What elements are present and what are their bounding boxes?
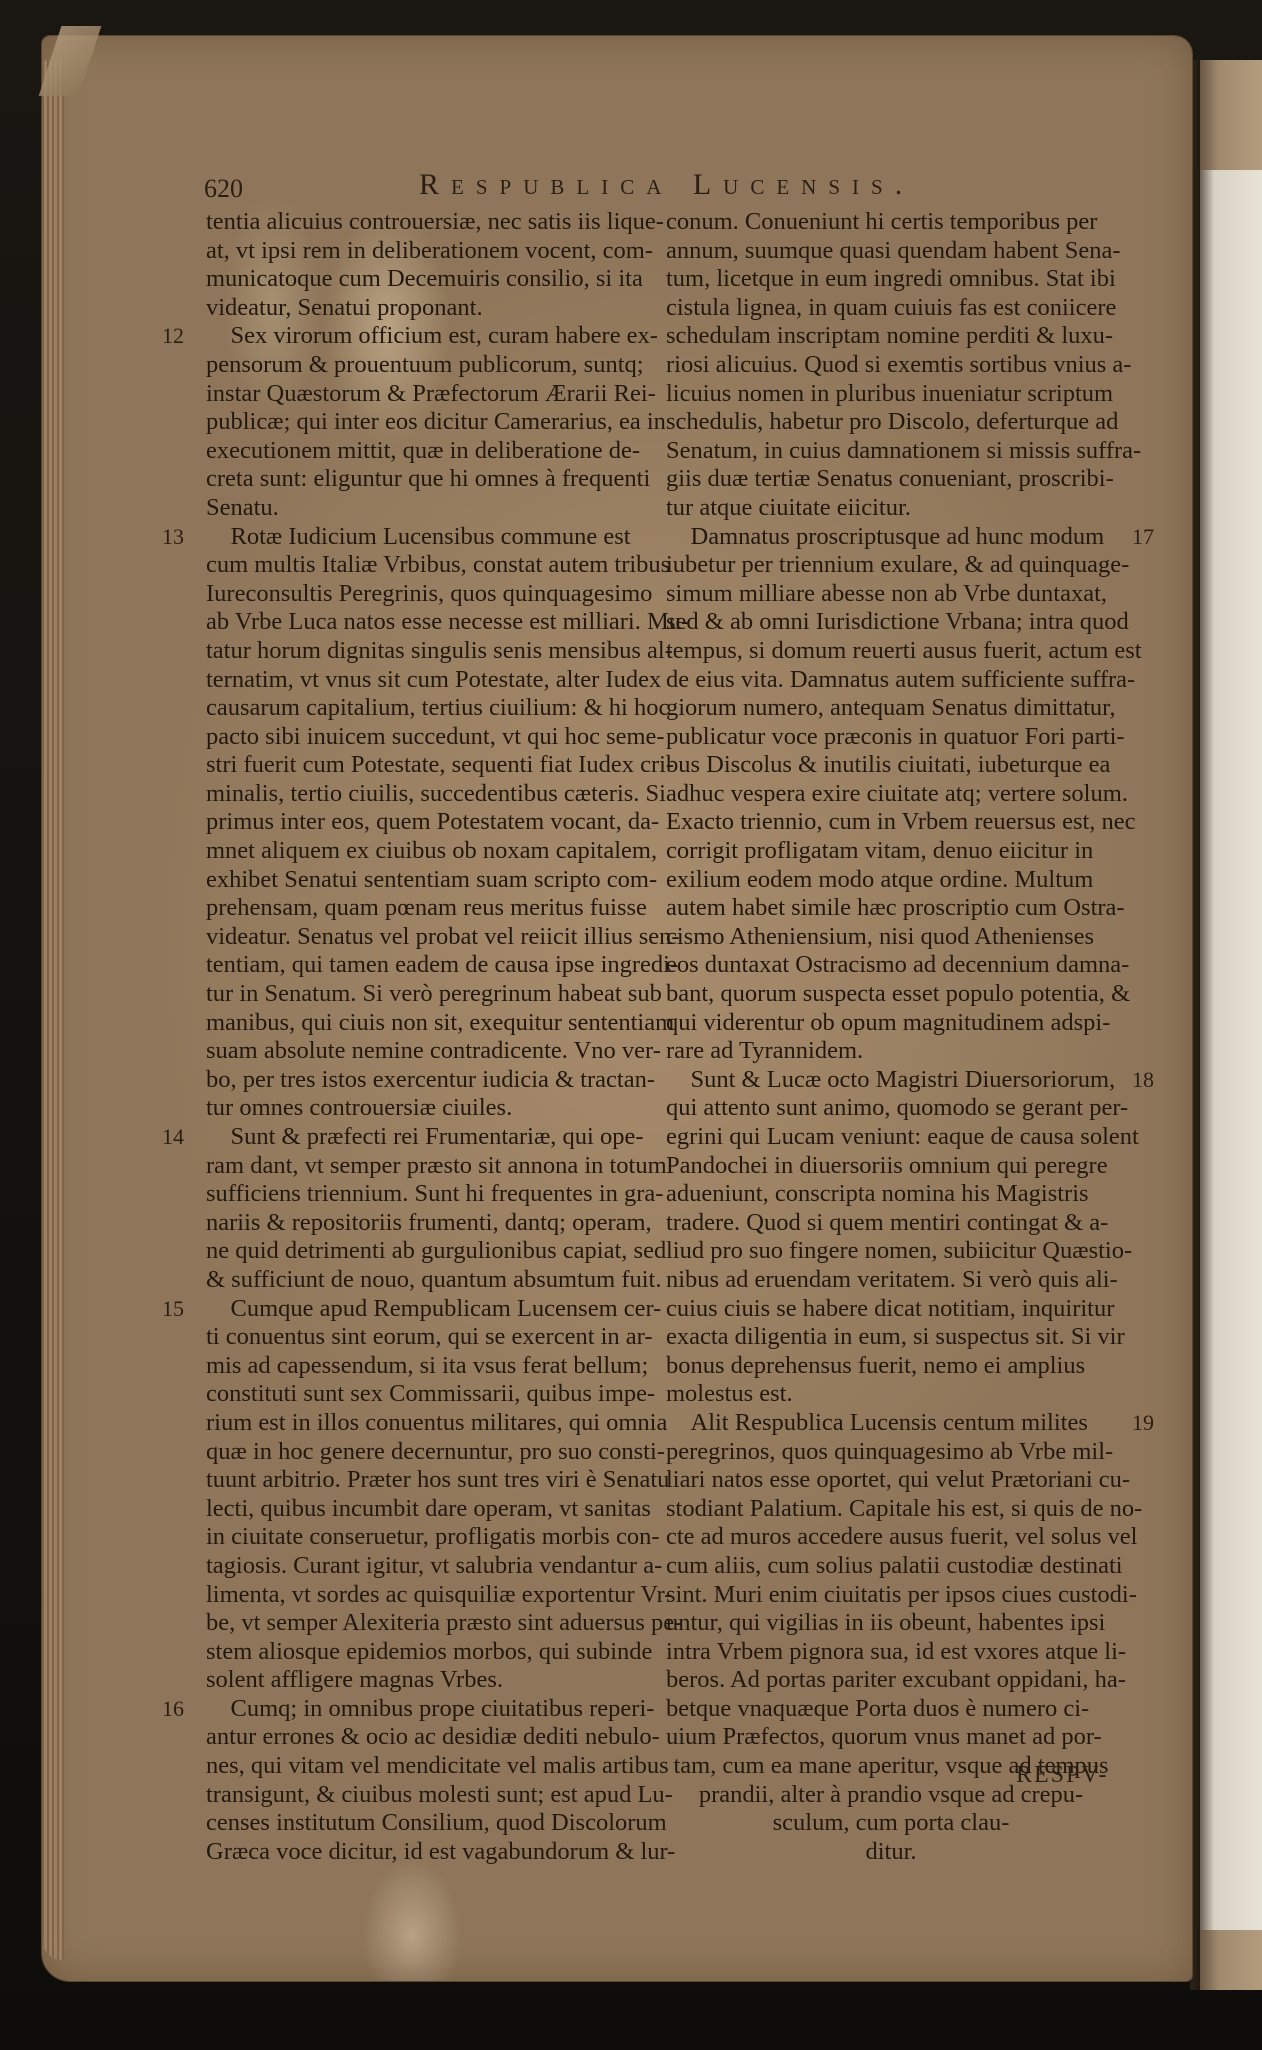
- text-line: de eius vita. Damnatus autem sufficiente…: [666, 666, 1116, 695]
- text-line: Rotæ Iudicium Lucensibus commune est: [206, 523, 666, 552]
- text-line: sed & ab omni Iurisdictione Vrbana; intr…: [666, 608, 1116, 637]
- right-column: conum. Conueniunt hi certis temporibus p…: [666, 208, 1116, 1866]
- text-line: giis duæ tertiæ Senatus conueniant, pros…: [666, 465, 1116, 494]
- text-line: tentia alicuius controuersiæ, nec satis …: [206, 208, 666, 237]
- text-line: primus inter eos, quem Potestatem vocant…: [206, 808, 666, 837]
- text-line: cuius ciuis se habere dicat notitiam, in…: [666, 1295, 1116, 1324]
- text-line: licuius nomen in pluribus inueniatur scr…: [666, 380, 1116, 409]
- text-line: tradere. Quod si quem mentiri contingat …: [666, 1209, 1116, 1238]
- text-line: mnet aliquem ex ciuibus ob noxam capital…: [206, 837, 666, 866]
- text-line: suam absolute nemine contradicente. Vno …: [206, 1037, 666, 1066]
- text-line: limenta, vt sordes ac quisquiliæ exporte…: [206, 1581, 666, 1610]
- text-line: publicæ; qui inter eos dicitur Camerariu…: [206, 408, 666, 437]
- text-line: liud pro suo fingere nomen, subiicitur Q…: [666, 1237, 1116, 1266]
- text-line: ternatim, vt vnus sit cum Potestate, alt…: [206, 666, 666, 695]
- text-line: beros. Ad portas pariter excubant oppida…: [666, 1666, 1116, 1695]
- page-edges: [42, 60, 64, 1960]
- facing-page-edge: [1190, 60, 1262, 1990]
- text-line: antur errones & ocio ac desidiæ dediti n…: [206, 1723, 666, 1752]
- text-line: Pandochei in diuersoriis omnium qui pere…: [666, 1152, 1116, 1181]
- text-line: cistula lignea, in quam cuiuis fas est c…: [666, 294, 1116, 323]
- text-line: nibus ad eruendam veritatem. Si verò qui…: [666, 1266, 1116, 1295]
- text-line: exhibet Senatui sententiam suam scripto …: [206, 866, 666, 895]
- text-line: tur in Senatum. Si verò peregrinum habea…: [206, 980, 666, 1009]
- marginal-number: 17: [1132, 523, 1154, 552]
- text-line: bant, quorum suspecta esset populo poten…: [666, 980, 1116, 1009]
- text-line: iubetur per triennium exulare, & ad quin…: [666, 551, 1116, 580]
- text-line: ti conuentus sint eorum, qui se exercent…: [206, 1323, 666, 1352]
- text-line: bus Discolus & inutilis ciuitati, iubetu…: [666, 751, 1116, 780]
- text-line: sufficiens triennium. Sunt hi frequentes…: [206, 1180, 666, 1209]
- text-line: tentiam, qui tamen eadem de causa ipse i…: [206, 951, 666, 980]
- text-line: executionem mittit, quæ in deliberatione…: [206, 437, 666, 466]
- text-line: municatoque cum Decemuiris consilio, si …: [206, 265, 666, 294]
- text-line: untur, qui vigilias in iis obeunt, haben…: [666, 1609, 1116, 1638]
- text-line: Cumque apud Rempublicam Lucensem cer-: [206, 1295, 666, 1324]
- text-line: Sunt & Lucæ octo Magistri Diuersoriorum,: [666, 1066, 1116, 1095]
- text-line: publicatur voce præconis in quatuor Fori…: [666, 723, 1116, 752]
- text-line: ab Vrbe Luca natos esse necesse est mill…: [206, 608, 666, 637]
- text-line: Senatu.: [206, 494, 666, 523]
- text-line: creta sunt: eliguntur que hi omnes à fre…: [206, 465, 666, 494]
- text-line: schedulis, habetur pro Discolo, defertur…: [666, 408, 1116, 437]
- text-line: tempus, si domum reuerti ausus fuerit, a…: [666, 637, 1116, 666]
- text-line: Alit Respublica Lucensis centum milites: [666, 1409, 1116, 1438]
- marginal-number: 18: [1132, 1066, 1154, 1095]
- text-line: stodiant Palatium. Capitale his est, si …: [666, 1495, 1116, 1524]
- paragraph: tentia alicuius controuersiæ, nec satis …: [206, 208, 666, 322]
- text-line: cum multis Italiæ Vrbibus, constat autem…: [206, 551, 666, 580]
- blank-leaf: [1198, 170, 1262, 1930]
- text-line: egrini qui Lucam veniunt: eaque de causa…: [666, 1123, 1116, 1152]
- text-line: tagiosis. Curant igitur, vt salubria ven…: [206, 1552, 666, 1581]
- text-line: autem habet simile hæc proscriptio cum O…: [666, 894, 1116, 923]
- text-line: tum, licetque in eum ingredi omnibus. St…: [666, 265, 1116, 294]
- text-line: ne quid detrimenti ab gurgulionibus capi…: [206, 1237, 666, 1266]
- text-line: uium Præfectos, quorum vnus manet ad por…: [666, 1723, 1116, 1752]
- text-line: videatur, Senatui proponant.: [206, 294, 666, 323]
- text-line: Sunt & præfecti rei Frumentariæ, qui ope…: [206, 1123, 666, 1152]
- text-line: Sex virorum officium est, curam habere e…: [206, 322, 666, 351]
- marginal-number: 15: [162, 1295, 184, 1324]
- text-line: tur atque ciuitate eiicitur.: [666, 494, 1116, 523]
- text-line: rare ad Tyrannidem.: [666, 1037, 1116, 1066]
- text-line: pacto sibi inuicem succedunt, vt qui hoc…: [206, 723, 666, 752]
- paragraph: 19 Alit Respublica Lucensis centum milit…: [666, 1409, 1116, 1724]
- text-line: videatur. Senatus vel probat vel reiicit…: [206, 923, 666, 952]
- text-line: constituti sunt sex Commissarii, quibus …: [206, 1380, 666, 1409]
- page-header: 620 Respublica Lucensis.: [204, 168, 1064, 208]
- paragraph: 13 Rotæ Iudicium Lucensibus commune estc…: [206, 523, 666, 1123]
- paragraph: 15 Cumque apud Rempublicam Lucensem cer-…: [206, 1295, 666, 1695]
- text-line: solent affligere magnas Vrbes.: [206, 1666, 666, 1695]
- text-line: riosi alicuius. Quod si exemtis sortibus…: [666, 351, 1116, 380]
- text-line: Cumq; in omnibus prope ciuitatibus reper…: [206, 1695, 666, 1724]
- text-line: tuunt arbitrio. Præter hos sunt tres vir…: [206, 1466, 666, 1495]
- text-line: nes, qui vitam vel mendicitate vel malis…: [206, 1752, 666, 1781]
- text-line: adueniunt, conscripta nomina his Magistr…: [666, 1180, 1116, 1209]
- text-line: bonus deprehensus fuerit, nemo ei ampliu…: [666, 1352, 1116, 1381]
- left-column: tentia alicuius controuersiæ, nec satis …: [206, 208, 666, 1866]
- text-line: censes institutum Consilium, quod Discol…: [206, 1809, 666, 1838]
- text-line: peregrinos, quos quinquagesimo ab Vrbe m…: [666, 1438, 1116, 1467]
- text-line: & sufficiunt de nouo, quantum absumtum f…: [206, 1266, 666, 1295]
- text-line: tatur horum dignitas singulis senis mens…: [206, 637, 666, 666]
- text-line: causarum capitalium, tertius ciuilium: &…: [206, 694, 666, 723]
- text-line: qui attento sunt animo, quomodo se geran…: [666, 1094, 1116, 1123]
- text-line: sint. Muri enim ciuitatis per ipsos ciue…: [666, 1581, 1116, 1610]
- text-line: tur omnes controuersiæ ciuiles.: [206, 1094, 666, 1123]
- running-title: Respublica Lucensis.: [419, 168, 914, 202]
- text-line: molestus est.: [666, 1380, 1116, 1409]
- text-line: exilium eodem modo atque ordine. Multum: [666, 866, 1116, 895]
- text-line: stri fuerit cum Potestate, sequenti fiat…: [206, 751, 666, 780]
- text-line: ram dant, vt semper præsto sit annona in…: [206, 1152, 666, 1181]
- text-line: giorum numero, antequam Senatus dimittat…: [666, 694, 1116, 723]
- text-line: Græca voce dicitur, id est vagabundorum …: [206, 1838, 666, 1867]
- text-line: transigunt, & ciuibus molesti sunt; est …: [206, 1781, 666, 1810]
- text-line: Iureconsultis Peregrinis, quos quinquage…: [206, 580, 666, 609]
- marginal-number: 14: [162, 1123, 184, 1152]
- text-line: minalis, tertio ciuilis, succedentibus c…: [206, 780, 666, 809]
- text-line: nariis & repositoriis frumenti, dantq; o…: [206, 1209, 666, 1238]
- text-line: schedulam inscriptam nomine perditi & lu…: [666, 322, 1116, 351]
- paragraph: 14 Sunt & præfecti rei Frumentariæ, qui …: [206, 1123, 666, 1295]
- text-line: at, vt ipsi rem in deliberationem vocent…: [206, 237, 666, 266]
- text-line: quæ in hoc genere decernuntur, pro suo c…: [206, 1438, 666, 1467]
- text-line: Damnatus proscriptusque ad hunc modum: [666, 523, 1116, 552]
- text-line: conum. Conueniunt hi certis temporibus p…: [666, 208, 1116, 237]
- paragraph: 17 Damnatus proscriptusque ad hunc modum…: [666, 523, 1116, 1066]
- text-line: instar Quæstorum & Præfectorum Ærarii Re…: [206, 380, 666, 409]
- text-line: adhuc vespera exire ciuitate atq; verter…: [666, 780, 1116, 809]
- text-line: intra Vrbem pignora sua, id est vxores a…: [666, 1638, 1116, 1667]
- text-line: stem aliosque epidemios morbos, qui subi…: [206, 1638, 666, 1667]
- catchword: RESPV-: [1016, 1762, 1108, 1789]
- paragraph: 16 Cumq; in omnibus prope ciuitatibus re…: [206, 1695, 666, 1867]
- marginal-number: 19: [1132, 1409, 1154, 1438]
- paragraph: 12 Sex virorum officium est, curam haber…: [206, 322, 666, 522]
- text-line: pensorum & prouentuum publicorum, suntq;: [206, 351, 666, 380]
- text-line: liari natos esse oportet, qui velut Præt…: [666, 1466, 1116, 1495]
- marginal-number: 12: [162, 322, 184, 351]
- text-line: cte ad muros accedere ausus fuerit, vel …: [666, 1523, 1116, 1552]
- text-line: manibus, qui ciuis non sit, exequitur se…: [206, 1009, 666, 1038]
- text-line: cismo Atheniensium, nisi quod Atheniense…: [666, 923, 1116, 952]
- text-line: betque vnaquæque Porta duos è numero ci-: [666, 1695, 1116, 1724]
- text-line: annum, suumque quasi quendam habent Sena…: [666, 237, 1116, 266]
- paragraph: 18 Sunt & Lucæ octo Magistri Diuersorior…: [666, 1066, 1116, 1409]
- text-line: sculum, cum porta clau-: [666, 1809, 1116, 1838]
- page-number: 620: [204, 174, 243, 204]
- text-line: mis ad capessendum, si ita vsus ferat be…: [206, 1352, 666, 1381]
- text-line: exacta diligentia in eum, si suspectus s…: [666, 1323, 1116, 1352]
- text-line: bo, per tres istos exercentur iudicia & …: [206, 1066, 666, 1095]
- text-line: Exacto triennio, cum in Vrbem reuersus e…: [666, 808, 1116, 837]
- marginal-number: 16: [162, 1695, 184, 1724]
- text-line: prehensam, quam pœnam reus meritus fuiss…: [206, 894, 666, 923]
- text-line: simum milliare abesse non ab Vrbe duntax…: [666, 580, 1116, 609]
- text-line: cum aliis, cum solius palatii custodiæ d…: [666, 1552, 1116, 1581]
- text-line: be, vt semper Alexiteria præsto sint adu…: [206, 1609, 666, 1638]
- text-line: corrigit profligatam vitam, denuo eiicit…: [666, 837, 1116, 866]
- paragraph: conum. Conueniunt hi certis temporibus p…: [666, 208, 1116, 523]
- text-line: eos duntaxat Ostracismo ad decennium dam…: [666, 951, 1116, 980]
- text-line: lecti, quibus incumbit dare operam, vt s…: [206, 1495, 666, 1524]
- text-line: in ciuitate conseruetur, profligatis mor…: [206, 1523, 666, 1552]
- text-line: Senatum, in cuius damnationem si missis …: [666, 437, 1116, 466]
- marginal-number: 13: [162, 523, 184, 552]
- text-line: rium est in illos conuentus militares, q…: [206, 1409, 666, 1438]
- text-line: ditur.: [666, 1838, 1116, 1867]
- text-line: qui viderentur ob opum magnitudinem adsp…: [666, 1009, 1116, 1038]
